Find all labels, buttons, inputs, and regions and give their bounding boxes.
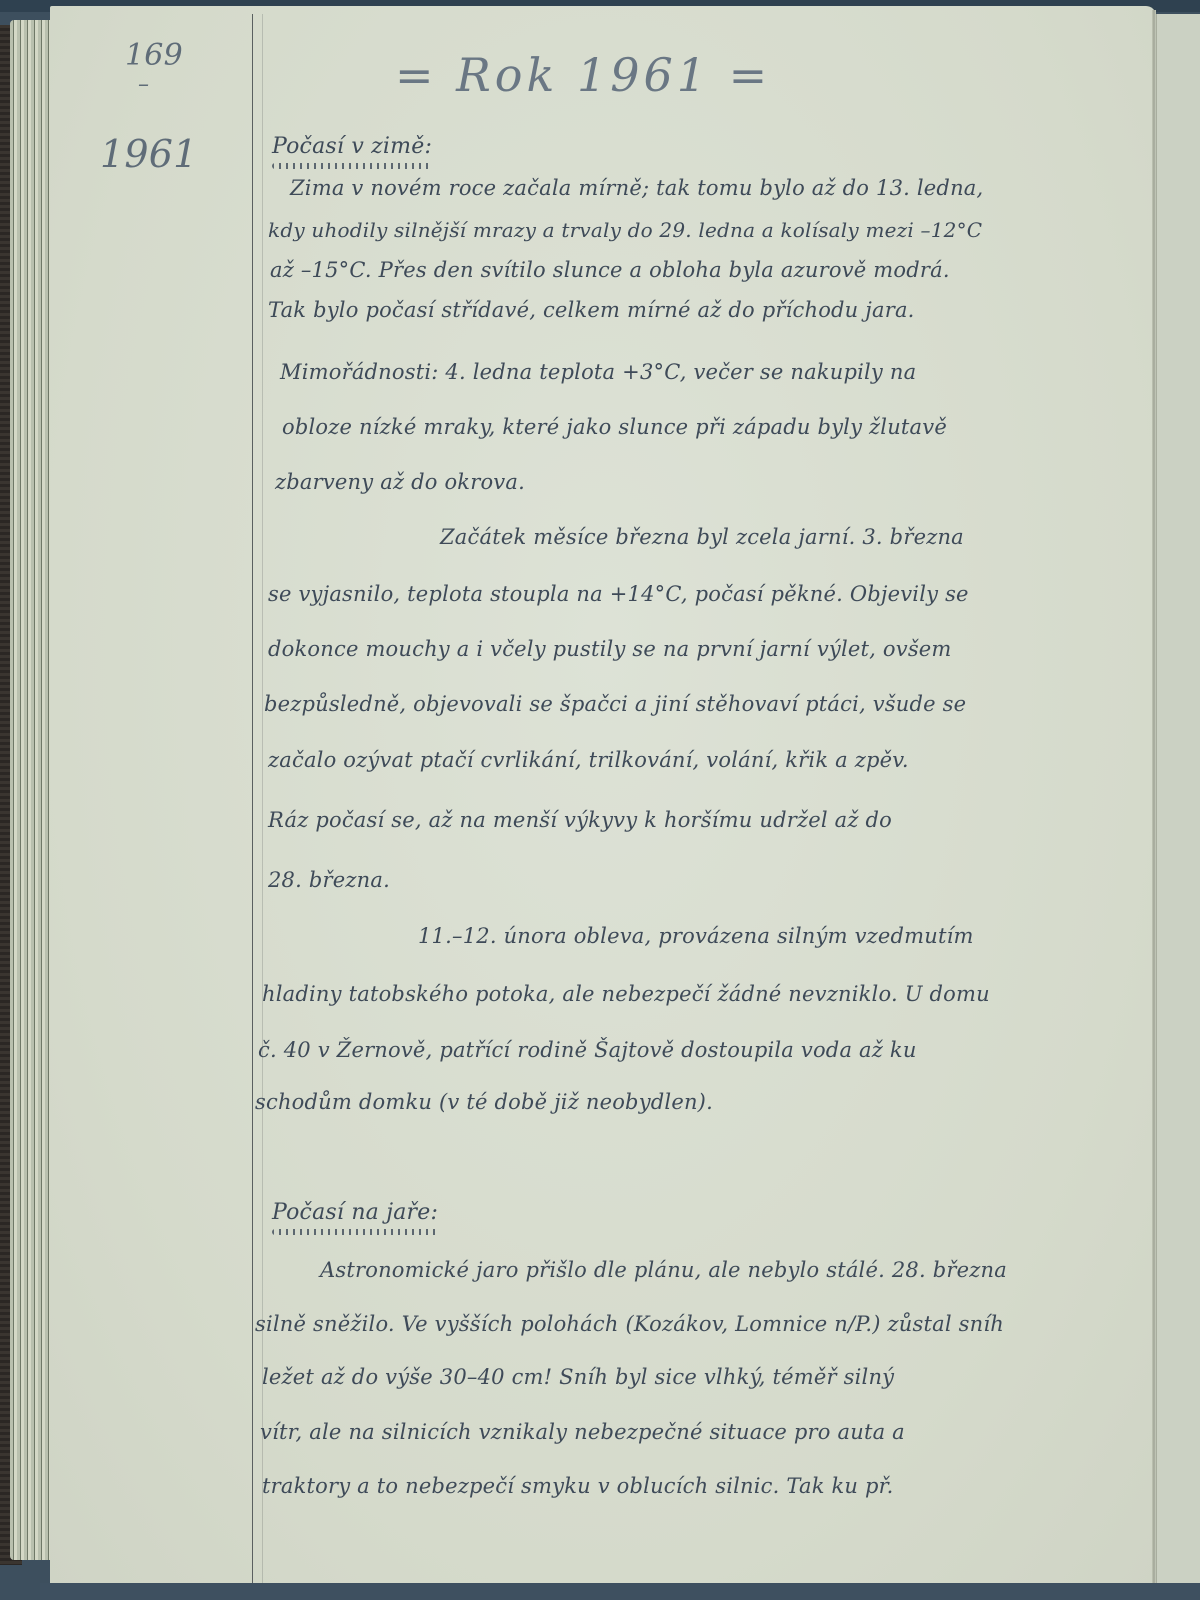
text-line: č. 40 v Žernově, patřící rodině Šajtově … xyxy=(258,1038,917,1062)
section-heading-winter: Počasí v zimě: xyxy=(272,134,432,159)
text-line: silně sněžilo. Ve vyšších polohách (Kozá… xyxy=(255,1312,1004,1336)
text-line: začalo ozývat ptačí cvrlikání, trilkován… xyxy=(268,748,909,772)
text-line-extraordinary: Mimořádnosti: 4. ledna teplota +3°C, več… xyxy=(280,360,916,384)
text-line: Tak bylo počasí střídavé, celkem mírné a… xyxy=(268,298,915,322)
facing-page-edge xyxy=(1156,14,1200,1590)
text-line: se vyjasnilo, teplota stoupla na +14°C, … xyxy=(268,582,969,606)
text-line: hladiny tatobského potoka, ale nebezpečí… xyxy=(262,982,990,1006)
section-heading-spring: Počasí na jaře: xyxy=(272,1200,438,1225)
text-line: bezpůsledně, objevovali se špačci a jiní… xyxy=(264,692,966,716)
background-bottom xyxy=(40,1583,1200,1600)
text-line: dokonce mouchy a i včely pustily se na p… xyxy=(268,637,952,661)
text-line: kdy uhodily silnější mrazy a trvaly do 2… xyxy=(268,218,982,242)
text-line: Astronomické jaro přišlo dle plánu, ale … xyxy=(320,1258,1007,1282)
chronicle-page xyxy=(50,6,1156,1590)
page-stack-edge xyxy=(10,20,55,1560)
margin-rule xyxy=(252,14,253,1590)
text-line: traktory a to nebezpečí smyku v oblucích… xyxy=(262,1474,893,1498)
text-line: Začátek měsíce března byl zcela jarní. 3… xyxy=(440,525,964,549)
margin-dash: – xyxy=(138,72,149,97)
margin-rule-faint xyxy=(262,14,263,1590)
text-line: obloze nízké mraky, které jako slunce př… xyxy=(282,415,947,439)
text-line: zbarveny až do okrova. xyxy=(275,470,525,494)
text-line: schodům domku (v té době již neobydlen). xyxy=(255,1090,713,1114)
page-title: = Rok 1961 = xyxy=(395,48,771,102)
text-line: 28. března. xyxy=(268,868,390,892)
page-number: 169 xyxy=(125,38,183,73)
text-line: vítr, ale na silnicích vznikaly nebezpeč… xyxy=(260,1420,905,1444)
text-line: až –15°C. Přes den svítilo slunce a oblo… xyxy=(270,258,950,282)
text-line: 11.–12. února obleva, provázena silným v… xyxy=(418,924,974,948)
text-line: ležet až do výše 30–40 cm! Sníh byl sice… xyxy=(262,1365,894,1389)
text-line: Ráz počasí se, až na menší výkyvy k horš… xyxy=(268,808,892,832)
margin-year: 1961 xyxy=(100,132,198,176)
text-line: Zima v novém roce začala mírně; tak tomu… xyxy=(290,176,983,200)
